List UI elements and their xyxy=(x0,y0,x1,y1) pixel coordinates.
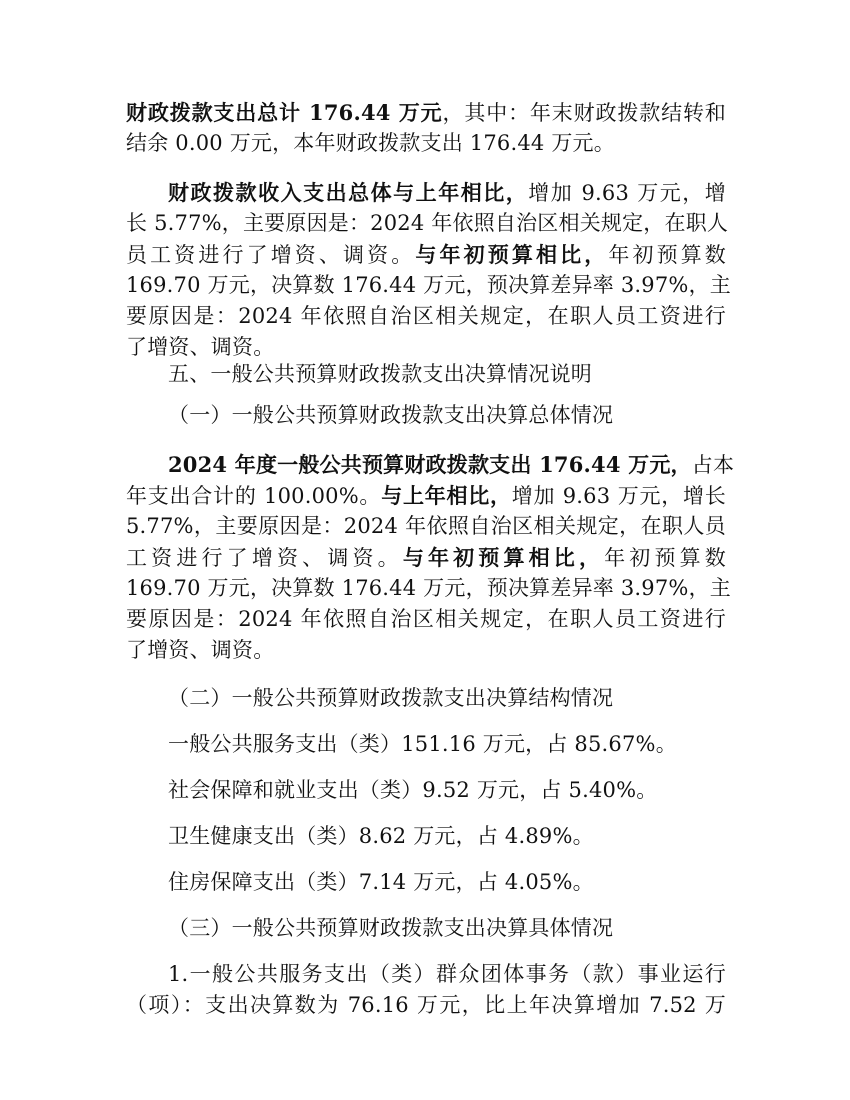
text: 增加 9.63 万元，增长 xyxy=(512,484,726,508)
structure-item: 社会保障和就业支出（类）9.52 万元，占 5.40%。 xyxy=(168,776,768,805)
bold-text: 财政拨款收入支出总体与上年相比， xyxy=(168,180,528,205)
structure-item: 住房保障支出（类）7.14 万元，占 4.05%。 xyxy=(168,868,768,897)
structure-item: 卫生健康支出（类）8.62 万元，占 4.89%。 xyxy=(168,822,768,851)
para3-line6: 要原因是：2024 年依照自治区相关规定，在职人员工资进行 xyxy=(126,605,726,634)
para2-line1: 财政拨款收入支出总体与上年相比，增加 9.63 万元，增 xyxy=(168,178,726,207)
bold-text: 与年初预算相比， xyxy=(403,545,604,570)
text: 员工资进行了增资、调资。 xyxy=(126,243,415,267)
para3-line4: 工资进行了增资、调资。与年初预算相比，年初预算数 xyxy=(126,543,726,572)
bold-text: 2024 年度一般公共预算财政拨款支出 176.44 万元， xyxy=(168,452,692,477)
para2-line5: 要原因是：2024 年依照自治区相关规定，在职人员工资进行 xyxy=(126,302,726,331)
para3-line1: 2024 年度一般公共预算财政拨款支出 176.44 万元，占本 xyxy=(168,450,726,479)
text: 工资进行了增资、调资。 xyxy=(126,546,403,570)
text: 年支出合计的 100.00%。 xyxy=(126,484,381,508)
para2-line3: 员工资进行了增资、调资。与年初预算相比，年初预算数 xyxy=(126,240,726,269)
text: 年初预算数 xyxy=(608,243,726,267)
para4-line2: （项）：支出决算数为 76.16 万元，比上年决算增加 7.52 万 xyxy=(126,991,726,1020)
text: 年初预算数 xyxy=(604,546,726,570)
text: 增加 9.63 万元，增 xyxy=(528,181,726,205)
para3-line3: 5.77%，主要原因是：2024 年依照自治区相关规定，在职人员 xyxy=(126,512,726,541)
bold-text: 财政拨款支出总计 176.44 万元 xyxy=(126,100,443,125)
subsection-title-2: （二）一般公共预算财政拨款支出决算结构情况 xyxy=(168,684,768,713)
section-title: 五、一般公共预算财政拨款支出决算情况说明 xyxy=(168,360,768,389)
subsection-title-1: （一）一般公共预算财政拨款支出决算总体情况 xyxy=(168,401,768,430)
structure-item: 一般公共服务支出（类）151.16 万元，占 85.67%。 xyxy=(168,730,768,759)
para3-line7: 了增资、调资。 xyxy=(126,636,726,665)
text: ，其中：年末财政拨款结转和 xyxy=(443,101,727,125)
para2-line4: 169.70 万元，决算数 176.44 万元，预决算差异率 3.97%，主 xyxy=(126,271,726,300)
bold-text: 与年初预算相比， xyxy=(415,242,608,267)
bold-text: 与上年相比， xyxy=(381,483,512,508)
para4-line1: 1.一般公共服务支出（类）群众团体事务（款）事业运行 xyxy=(168,960,726,989)
para3-line2: 年支出合计的 100.00%。与上年相比，增加 9.63 万元，增长 xyxy=(126,481,726,510)
subsection-title-3: （三）一般公共预算财政拨款支出决算具体情况 xyxy=(168,914,768,943)
para1-line1: 财政拨款支出总计 176.44 万元，其中：年末财政拨款结转和 xyxy=(126,98,726,127)
para1-line2: 结余 0.00 万元，本年财政拨款支出 176.44 万元。 xyxy=(126,129,726,158)
text: 占本 xyxy=(692,453,734,477)
para2-line6: 了增资、调资。 xyxy=(126,333,726,362)
para3-line5: 169.70 万元，决算数 176.44 万元，预决算差异率 3.97%，主 xyxy=(126,574,726,603)
para2-line2: 长 5.77%，主要原因是：2024 年依照自治区相关规定，在职人 xyxy=(126,209,726,238)
